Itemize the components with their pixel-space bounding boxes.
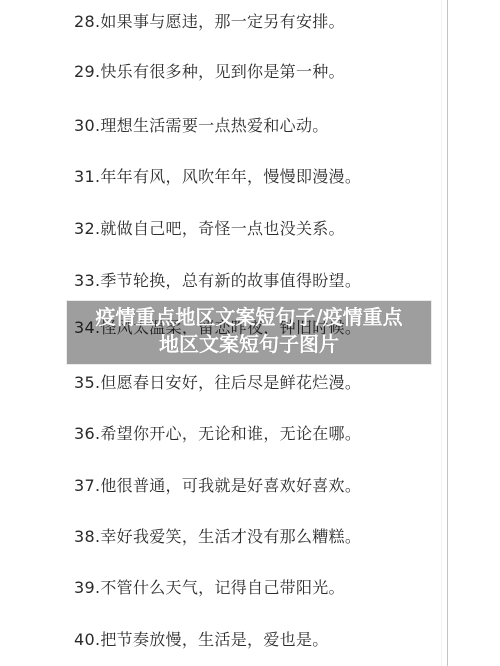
list-item: 31.年年有风，风吹年年，慢慢即漫漫。: [74, 167, 361, 187]
list-item: 37.他很普通，可我就是好喜欢好喜欢。: [74, 476, 361, 496]
list-item: 30.理想生活需要一点热爱和心动。: [74, 116, 329, 136]
page-edge-line: [447, 0, 448, 666]
list-item: 39.不管什么天气，记得自己带阳光。: [74, 578, 345, 598]
list-item: 36.希望你开心，无论和谁，无论在哪。: [74, 424, 361, 444]
list-item: 29.快乐有很多种，见到你是第一种。: [74, 62, 345, 82]
overlay-title-line-1: 疫情重点地区文案短句子/疫情重点: [67, 304, 431, 331]
overlay-title: 疫情重点地区文案短句子/疫情重点 地区文案短句子图片: [67, 304, 431, 358]
page-edge-shadow: [441, 0, 442, 666]
list-item: 32.就做自己吧，奇怪一点也没关系。: [74, 219, 345, 239]
list-item: 38.幸好我爱笑，生活才没有那么糟糕。: [74, 527, 361, 547]
list-item: 40.把节奏放慢，生活是，爱也是。: [74, 630, 329, 650]
list-item: 33.季节轮换，总有新的故事值得盼望。: [74, 271, 361, 291]
list-item: 35.但愿春日安好，往后尽是鲜花烂漫。: [74, 373, 361, 393]
list-item: 28.如果事与愿违，那一定另有安排。: [74, 12, 345, 32]
overlay-title-line-2: 地区文案短句子图片: [67, 331, 431, 358]
document-page: 28.如果事与愿违，那一定另有安排。 29.快乐有很多种，见到你是第一种。 30…: [0, 0, 500, 666]
